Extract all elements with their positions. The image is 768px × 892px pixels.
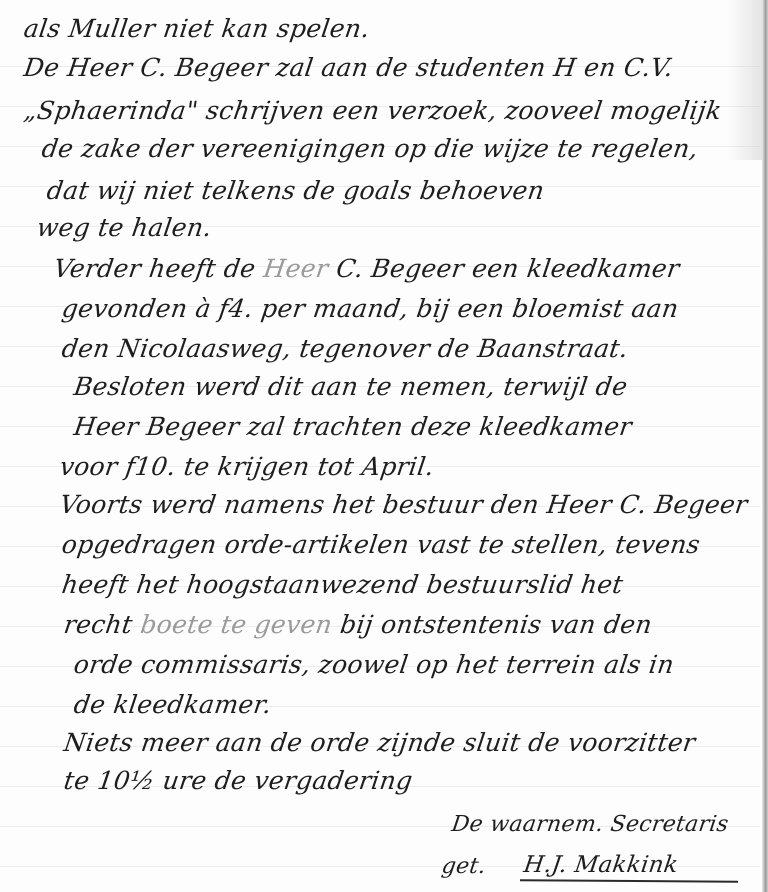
text-line: orde commissaris, zoowel op het terrein … — [72, 650, 676, 679]
text-line: Besloten werd dit aan te nemen, terwijl … — [72, 372, 629, 401]
text-line: Verder heeft de Heer C. Begeer een kleed… — [52, 254, 681, 283]
text-line: de kleedkamer. — [72, 690, 273, 719]
text-line: heeft het hoogstaanwezend bestuurslid he… — [60, 570, 625, 599]
text-line: Voorts werd namens het bestuur den Heer … — [58, 490, 750, 519]
text-line: te 10½ ure de vergadering — [62, 766, 415, 795]
text-line: weg te halen. — [35, 213, 214, 242]
text-segment: Verder heeft de — [52, 254, 266, 283]
text-line: den Nicolaasweg, tegenover de Baanstraat… — [60, 334, 630, 363]
signature-name: H.J. Makkink — [522, 852, 680, 878]
text-line: recht boete te geven bij ontstentenis va… — [62, 610, 654, 639]
faint-text-segment: boete te geven — [139, 610, 335, 639]
text-segment: bij ontstentenis van den — [330, 610, 654, 639]
text-line: als Muller niet kan spelen. — [22, 14, 372, 43]
text-line: dat wij niet telkens de goals behoeven — [45, 176, 546, 205]
scanned-page: als Muller niet kan spelen. De Heer C. B… — [0, 0, 768, 892]
text-line: Niets meer aan de orde zijnde sluit de v… — [62, 728, 697, 757]
text-line: Heer Begeer zal trachten deze kleedkamer — [72, 412, 634, 441]
faint-text-segment: Heer — [262, 254, 331, 283]
text-line: opgedragen orde-artikelen vast te stelle… — [60, 530, 702, 559]
text-line: gevonden à f4. per maand, bij een bloemi… — [60, 294, 681, 323]
text-segment: C. Begeer een kleedkamer — [326, 254, 681, 283]
signature-title: De waarnem. Secretaris — [450, 812, 730, 837]
text-line: De Heer C. Begeer zal aan de studenten H… — [22, 53, 675, 82]
page-edge — [762, 0, 768, 892]
signature-prefix: get. — [440, 854, 488, 879]
text-line: „Sphaerinda" schrijven een verzoek, zoov… — [22, 96, 724, 125]
text-line: de zake der vereenigingen op die wijze t… — [40, 134, 700, 163]
text-line: voor f10. te krijgen tot April. — [58, 452, 436, 481]
text-segment: recht — [62, 610, 143, 639]
signature-underline — [520, 879, 738, 882]
